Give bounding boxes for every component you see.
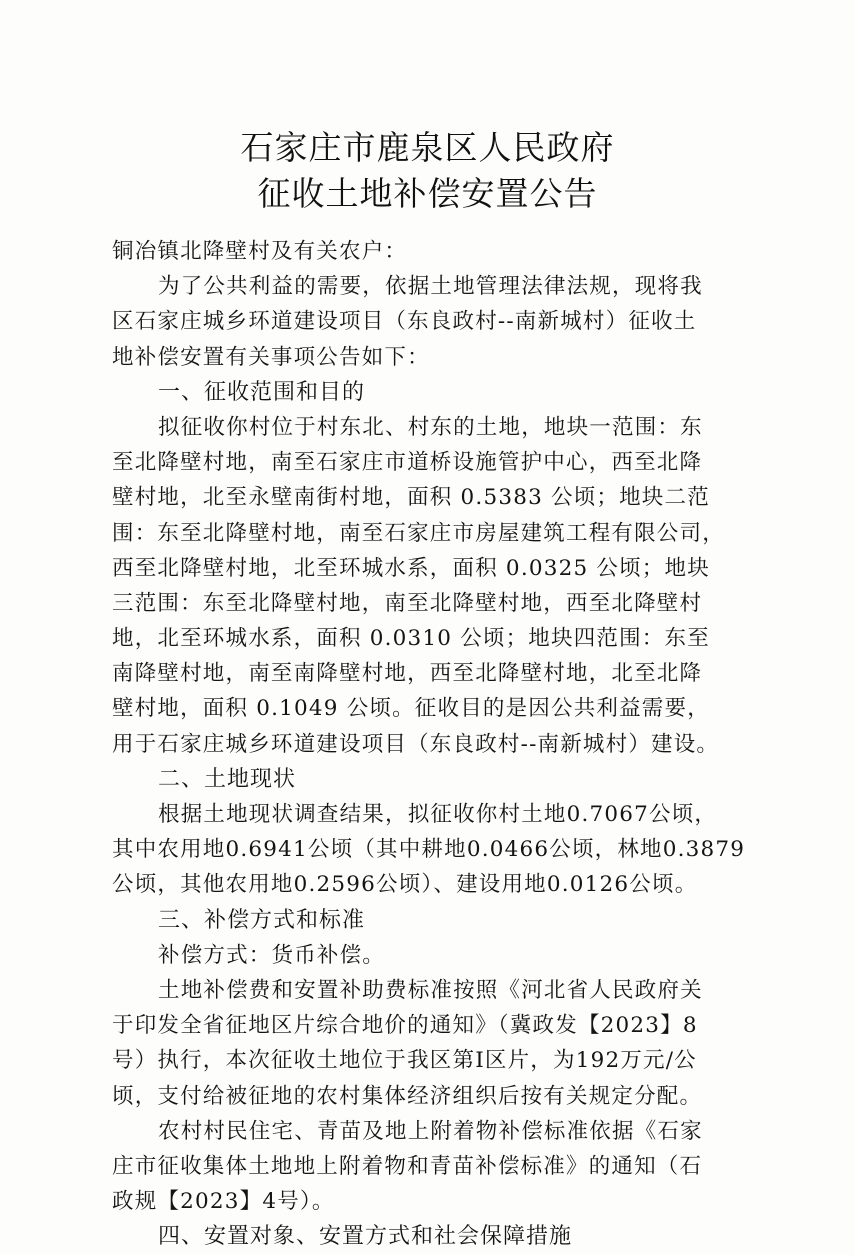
body-text-line: 地，北至环城水系，面积 0.0310 公顷；地块四范围：东至 (112, 621, 740, 656)
body-text-line: 于印发全省征地区片综合地价的通知》（冀政发【2023】8 (112, 1008, 740, 1043)
body-text-line: 围：东至北降壁村地，南至石家庄市房屋建筑工程有限公司， (112, 516, 740, 551)
body-text-line: 铜冶镇北降壁村及有关农户： (112, 234, 740, 269)
body-text-line: 公顷，其他农用地0.2596公顷）、建设用地0.0126公顷。 (112, 867, 740, 902)
body-text-line: 号）执行，本次征收土地位于我区第Ⅰ区片，为192万元/公 (112, 1043, 740, 1078)
document-page: 石家庄市鹿泉区人民政府 征收土地补偿安置公告 铜冶镇北降壁村及有关农户：为了公共… (0, 0, 855, 1255)
body-text-line: 区石家庄城乡环道建设项目（东良政村--南新城村）征收土 (112, 304, 740, 339)
section-heading: 二、土地现状 (112, 762, 740, 797)
body-text-line: 三范围：东至北降壁村地，南至北降壁村地，西至北降壁村 (112, 586, 740, 621)
body-text-line: 政规【2023】4号）。 (112, 1184, 740, 1219)
body-text-line: 壁村地，面积 0.1049 公顷。征收目的是因公共利益需要， (112, 691, 740, 726)
body-text-line: 顷，支付给被征地的农村集体经济组织后按有关规定分配。 (112, 1079, 740, 1114)
body-text-line: 为了公共利益的需要，依据土地管理法律法规，现将我 (112, 269, 740, 304)
body-text-line: 用于石家庄城乡环道建设项目（东良政村--南新城村）建设。 (112, 727, 740, 762)
body-text-line: 南降壁村地，南至南降壁村地，西至北降壁村地，北至北降 (112, 656, 740, 691)
section-heading: 四、安置对象、安置方式和社会保障措施 (112, 1219, 740, 1254)
document-title-line1: 石家庄市鹿泉区人民政府 (0, 122, 855, 169)
body-text-line: 地补偿安置有关事项公告如下： (112, 340, 740, 375)
body-text-line: 拟征收你村位于村东北、村东的土地，地块一范围：东 (112, 410, 740, 445)
body-text-line: 西至北降壁村地，北至环城水系，面积 0.0325 公顷；地块 (112, 551, 740, 586)
section-heading: 一、征收范围和目的 (112, 375, 740, 410)
body-text-line: 农村村民住宅、青苗及地上附着物补偿标准依据《石家 (112, 1114, 740, 1149)
section-heading: 三、补偿方式和标准 (112, 903, 740, 938)
document-body: 铜冶镇北降壁村及有关农户：为了公共利益的需要，依据土地管理法律法规，现将我区石家… (112, 234, 740, 1254)
body-text-line: 至北降壁村地，南至石家庄市道桥设施管护中心，西至北降 (112, 445, 740, 480)
body-text-line: 土地补偿费和安置补助费标准按照《河北省人民政府关 (112, 973, 740, 1008)
body-text-line: 壁村地，北至永壁南街村地，面积 0.5383 公顷；地块二范 (112, 480, 740, 515)
body-text-line: 根据土地现状调查结果，拟征收你村土地0.7067公顷， (112, 797, 740, 832)
body-text-line: 补偿方式：货币补偿。 (112, 938, 740, 973)
body-text-line: 其中农用地0.6941公顷（其中耕地0.0466公顷，林地0.3879 (112, 832, 740, 867)
body-text-line: 庄市征收集体土地地上附着物和青苗补偿标准》的通知（石 (112, 1149, 740, 1184)
document-title-line2: 征收土地补偿安置公告 (0, 168, 855, 215)
